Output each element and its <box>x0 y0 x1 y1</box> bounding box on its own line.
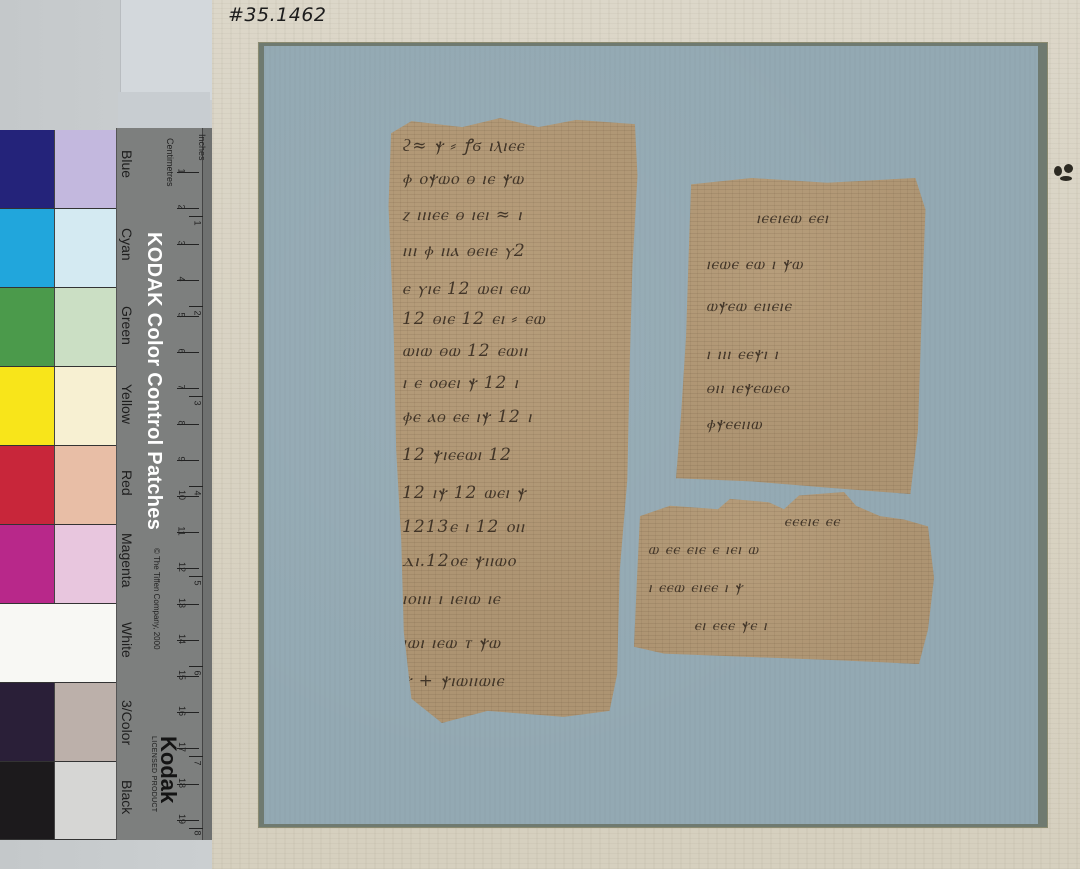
script-line: ⲱ ⲉⲉ ⲉⲓⲉ ⲉ ⲓⲉⲓ ⲱ <box>648 540 759 558</box>
script-line: ⲇⲓ.12ⲟⲉ ⲯⲓⲓⲱⲟ <box>402 551 516 571</box>
script-line: ⲑⲓⲓ ⲓⲉⲯⲉⲱⲉⲟ <box>706 378 790 398</box>
script-line: ⲓⲉⲉⲓⲉⲱ ⲉⲉⲓ <box>756 208 829 228</box>
patch-label-red: Red <box>119 470 135 496</box>
paper-sheet <box>120 0 212 100</box>
ruler-edge <box>202 128 212 840</box>
script-line: ⲓⲱⲓ ⲓⲉⲱ ⲧ ⲯⲱ <box>402 633 501 653</box>
accession-number: #35.1462 <box>228 4 327 26</box>
patch-row-black <box>0 762 116 840</box>
card-top-paper <box>118 92 210 130</box>
script-line: ⲫ ⲟⲯⲱⲟ ⲑ ⲓⲉ ⲯⲱ <box>402 169 524 189</box>
script-line: 1213ⲉ ⲓ 12 ⲟⲓⲓ <box>402 517 525 537</box>
script-line: ⲱⲓⲱ ⲑⲱ 12 ⲉⲱⲓⲓ <box>402 341 528 361</box>
patch-row-blue <box>0 130 116 209</box>
patch-label-white: White <box>119 622 135 658</box>
script-line: 12 ⲓⲯ 12 ⲱⲉⲓ ⲯ <box>402 483 526 503</box>
script-line: ⲉ ⲩⲓⲉ 12 ⲱⲉⲓ ⲉⲱ <box>402 279 531 299</box>
patch-row-white <box>0 604 116 683</box>
script-line: ⲓⲉⲱⲉ ⲉⲱ ⲓ ⲯⲱ <box>706 254 803 274</box>
mat <box>264 46 1038 824</box>
patch-row-red <box>0 446 116 525</box>
patch-label-blue: Blue <box>119 150 135 178</box>
patch-row-cyan <box>0 209 116 288</box>
frame-stain <box>1052 160 1078 186</box>
script-line: ⲓⲟⲓⲓⲓ ⲓ ⲓⲉⲓⲱ ⲓⲉ <box>402 589 501 609</box>
script-line: ϩ≈ ⲯ ⸗ ꝭϭ ⲓⲗⲓⲉⲉ <box>402 133 525 156</box>
script-line: ⲓ ⲉⲉⲱ ⲉⲓⲉⲉ ⲓ ⲯ <box>648 578 743 596</box>
script-line: ⲯ + ⲯⲓⲱⲓⲓⲱⲓⲉ <box>402 671 504 691</box>
patch-row-yellow <box>0 367 116 446</box>
papyrus-fragment-upper-right: ⲓⲉⲉⲓⲉⲱ ⲉⲉⲓ ⲓⲉⲱⲉ ⲉⲱ ⲓ ⲯⲱ ⲱⲯⲉⲱ ⲉⲓⲓⲉⲓⲉ ⲓ ⲓⲓ… <box>676 178 928 494</box>
script-line: ⲱⲯⲉⲱ ⲉⲓⲓⲉⲓⲉ <box>706 296 792 316</box>
card-title: KODAK Color Control Patches <box>142 232 165 530</box>
patch-label-cyan: Cyan <box>119 228 135 261</box>
licensed-product: LICENSED PRODUCT <box>150 736 157 812</box>
papyrus-fragment-left: ϩ≈ ⲯ ⸗ ꝭϭ ⲓⲗⲓⲉⲉ ⲫ ⲟⲯⲱⲟ ⲑ ⲓⲉ ⲯⲱ ⲍ ⲓⲓⲓⲉⲉ ⲑ… <box>386 115 640 723</box>
patch-row-3color <box>0 683 116 762</box>
patch-label-magenta: Magenta <box>119 533 135 587</box>
papyrus-fragment-lower-right: ⲉⲉⲉⲓⲉ ⲉⲉ ⲱ ⲉⲉ ⲉⲓⲉ ⲉ ⲓⲉⲓ ⲱ ⲓ ⲉⲉⲱ ⲉⲓⲉⲉ ⲓ ⲯ… <box>634 492 934 664</box>
script-line: 12 ⲯⲓⲉⲉⲱⲓ 12 <box>402 445 512 465</box>
script-line: ⲓⲓⲓ ⲫ ⲓⲓⲁ ⲑⲉⲓⲉ ⲩ2 <box>402 241 526 261</box>
card-copyright: © The Tiffen Company, 2000 <box>152 548 161 650</box>
script-line: ⲓ ⲓⲓⲓ ⲉⲉⲯⲓ ⲓ <box>706 344 779 364</box>
script-line: ⲓ ⲉ ⲟⲑⲉⲓ ⲯ 12 ⲓ <box>402 373 519 393</box>
patch-label-3color: 3/Color <box>119 700 135 745</box>
patch-label-green: Green <box>119 306 135 345</box>
script-line: ⲉⲉⲉⲓⲉ ⲉⲉ <box>784 512 840 530</box>
script-line: ⲫⲯⲉⲉⲓⲓⲱ <box>706 414 762 434</box>
ruler-strip: Blue Cyan Green Yellow Red Magenta White… <box>116 128 212 840</box>
script-line: 12 ⲑⲓⲉ 12 ⲉⲓ ⸗ ⲉⲱ <box>402 309 546 329</box>
centimetres-label: Centimetres <box>165 138 175 187</box>
patch-row-magenta <box>0 525 116 604</box>
patch-label-black: Black <box>119 780 135 814</box>
script-line: ⲉⲓ ⲉⲉⲉ ⲯⲉ ⲓ <box>694 616 768 634</box>
color-patches <box>0 130 116 840</box>
script-line: ⲫⲉ ⲁⲑ ⲉⲉ ⲓⲯ 12 ⲓ <box>402 407 532 427</box>
patch-row-green <box>0 288 116 367</box>
patch-label-yellow: Yellow <box>119 384 135 424</box>
kodak-color-card: Blue Cyan Green Yellow Red Magenta White… <box>0 128 212 840</box>
script-line: ⲍ ⲓⲓⲓⲉⲉ ⲑ ⲓⲉⲓ ≈ ⲓ <box>402 205 522 225</box>
inches-label: Inches <box>197 134 207 161</box>
